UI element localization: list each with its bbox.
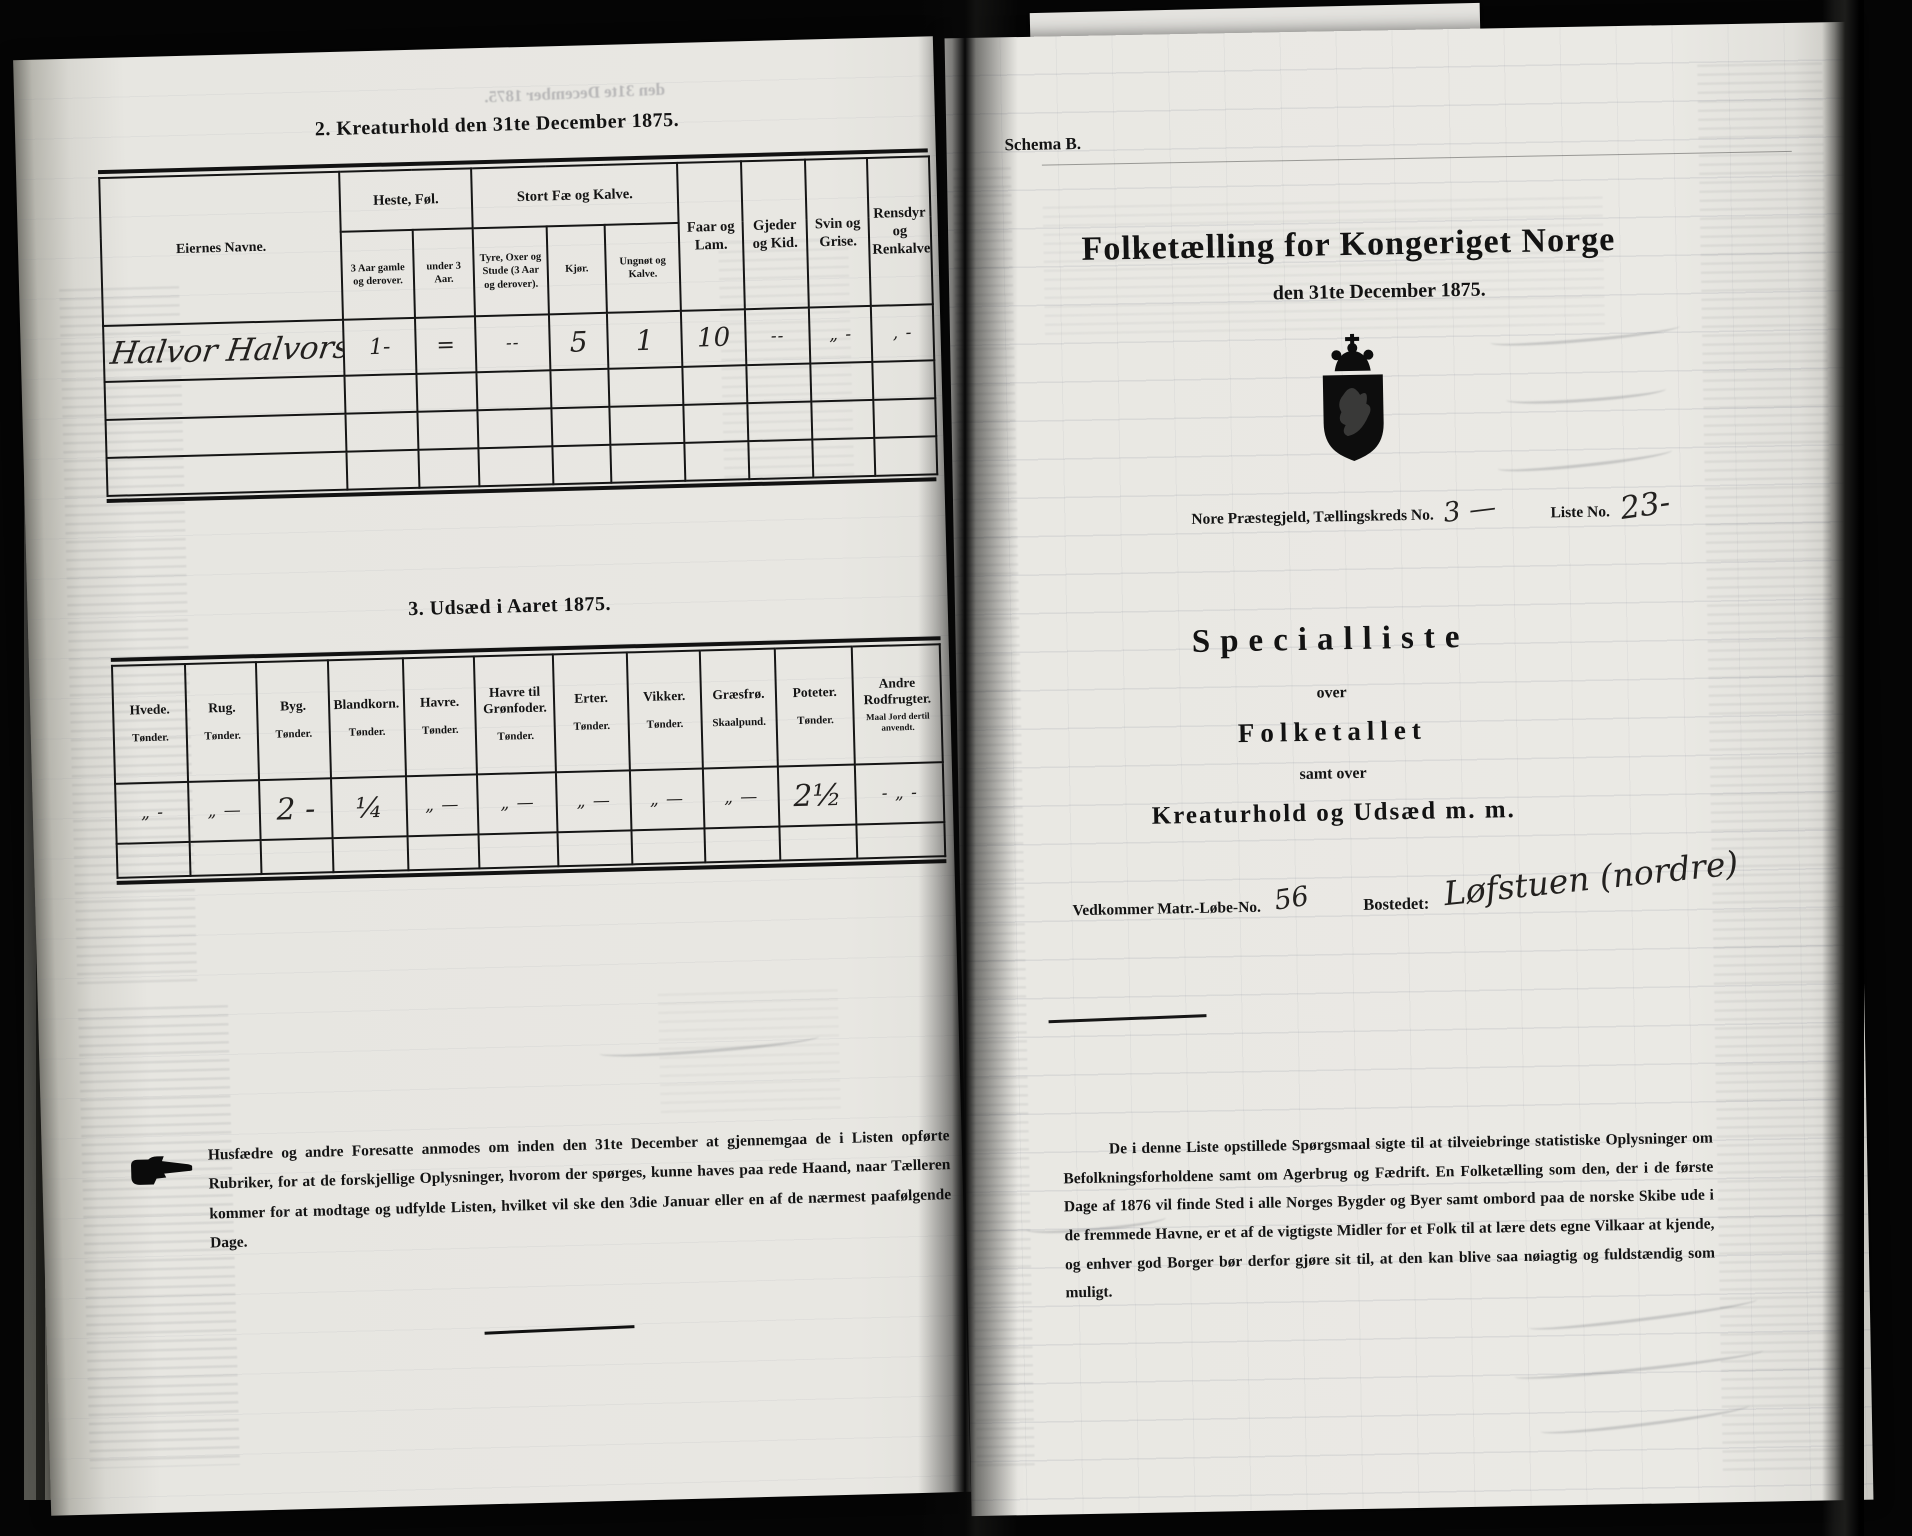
col-header-poteter: Poteter.Tønder. <box>775 647 855 767</box>
census-scan-page: { "scan": { "ghost_title_bleed": "den 31… <box>0 0 1912 1536</box>
cell-value: „ — <box>724 787 759 808</box>
cell-value: „ — <box>207 801 242 822</box>
district-prefix: Nore Præstegjeld, Tællingskreds No. <box>1191 507 1434 529</box>
crop-name: Erter. <box>557 690 625 708</box>
norway-coat-of-arms <box>1312 332 1394 470</box>
cell-value: „ — <box>425 795 460 816</box>
crop-unit: Tønder. <box>408 724 474 739</box>
crop-name: Havre. <box>407 694 473 712</box>
cell-value: , - <box>893 323 913 344</box>
col-header-vikker: Vikker.Tønder. <box>626 651 702 771</box>
cell-value: „ - <box>829 324 852 345</box>
col-header-byg: Byg.Tønder. <box>256 660 330 780</box>
cell-value: ¼ <box>355 790 383 824</box>
crop-unit: Tønder. <box>190 729 256 744</box>
left-page: den 31te December 1875. 2. Kreaturhold d… <box>13 36 971 1516</box>
crop-name: Vikker. <box>630 688 698 706</box>
cell-value: 1- <box>369 334 391 360</box>
col-header-eiernes-navne: Eiernes Navne. <box>99 172 343 326</box>
owner-name-handwritten: Halvor Halvorsen <box>108 329 344 372</box>
heading-folketallet: Folketallet <box>1032 711 1632 753</box>
crop-unit: Tønder. <box>558 720 626 736</box>
crop-name: Hvede. <box>116 701 184 719</box>
kreaturhold-title: 2. Kreaturhold den 31te December 1875. <box>147 104 847 145</box>
cell-value: „ — <box>650 789 685 810</box>
col-header-kjoer: Kjør. <box>547 225 607 314</box>
col-header-ungnoet: Ungnøt og Kalve. <box>605 223 681 313</box>
cell-value: „ - <box>141 803 164 824</box>
district-line: Nore Præstegjeld, Tællingskreds No. 3 — … <box>1191 487 1670 532</box>
heading-specialliste: Specialliste <box>1030 616 1631 664</box>
cell-value: 5 <box>569 325 588 358</box>
kreds-number-handwritten: 3 — <box>1442 492 1498 529</box>
crop-unit: Tønder. <box>261 728 327 743</box>
crop-unit: Tønder. <box>479 730 553 746</box>
cell-value: - „ - <box>882 783 919 804</box>
crop-unit: Tønder. <box>631 718 699 734</box>
col-header-tyre-oxer: Tyre, Oxer og Stude (3 Aar og derover). <box>473 226 549 316</box>
book-gutter-shadow <box>918 0 1018 1536</box>
left-footer-note: Husfædre og andre Foresatte anmodes om i… <box>129 1120 992 1260</box>
col-header-gjeder-og-kid: Gjeder og Kid. <box>741 160 809 310</box>
crop-name: Poteter. <box>779 684 851 702</box>
crop-unit: Tønder. <box>332 726 402 742</box>
right-page: Schema B. Folketælling for Kongeriget No… <box>945 22 1874 1516</box>
col-group-heste: Heste, Føl. <box>339 168 473 231</box>
liste-label: Liste No. <box>1550 503 1610 522</box>
col-header-3aar: 3 Aar gamle og derover. <box>341 230 415 320</box>
handwritten-stroke <box>485 1325 635 1335</box>
matr-label: Vedkommer Matr.-Løbe-No. <box>1072 899 1261 920</box>
heading-kreaturhold-udsaed: Kreaturhold og Udsæd m. m. <box>1034 794 1634 833</box>
udsaed-title: 3. Udsæd i Aaret 1875. <box>159 586 859 627</box>
bosted-value-handwritten: Løfstuen (nordre) <box>1442 843 1740 913</box>
ghost-title-bleed: den 31te December 1875. <box>484 80 666 108</box>
matr-number-handwritten: 56 <box>1273 881 1312 917</box>
matrikkel-line: Vedkommer Matr.-Løbe-No. 56 Bostedet: Lø… <box>1072 872 1739 923</box>
cell-value: 2 - <box>276 791 316 827</box>
liste-number-handwritten: 23- <box>1618 484 1672 527</box>
col-header-graesfroe: Græsfrø.Skaalpund. <box>700 649 778 769</box>
ghost-handwriting-stroke <box>1506 381 1667 407</box>
crop-name: Græsfrø. <box>704 686 774 704</box>
cell-value: 1 <box>635 323 654 356</box>
ghost-handwriting-stroke <box>1497 443 1673 476</box>
special-list-heading: Specialliste over Folketallet samt over … <box>1030 616 1634 833</box>
crop-name: Rug. <box>189 699 255 717</box>
ghost-handwriting-stroke <box>1540 1398 1750 1439</box>
separator-rule <box>1049 1014 1207 1023</box>
cell-value: = <box>436 332 455 357</box>
crop-name: Blandkorn. <box>332 695 402 713</box>
crop-unit: Tønder. <box>780 714 852 730</box>
heading-over: over <box>1031 679 1631 708</box>
udsaed-table: Hvede.Tønder. Rug.Tønder. Byg.Tønder. Bl… <box>111 636 947 885</box>
col-header-faar-og-lam: Faar og Lam. <box>677 161 745 311</box>
col-header-hvede: Hvede.Tønder. <box>112 664 188 784</box>
cell-value: 2½ <box>793 777 842 813</box>
col-header-havre-groenfoder: Havre til Grønfoder.Tønder. <box>474 654 556 774</box>
crop-unit: Skaalpund. <box>704 716 774 732</box>
heading-samt-over: samt over <box>1033 760 1633 789</box>
col-header-rug: Rug.Tønder. <box>185 662 259 782</box>
col-group-stort-fae: Stort Fæ og Kalve. <box>471 163 679 228</box>
col-header-under-3aar: under 3 Aar. <box>413 228 475 318</box>
crop-name: Havre til Grønfoder. <box>478 683 552 717</box>
crop-unit: Tønder. <box>117 731 185 747</box>
bosted-label: Bostedet: <box>1363 894 1429 915</box>
kreaturhold-table: Eiernes Navne. Heste, Føl. Stort Fæ og K… <box>98 148 936 503</box>
col-header-svin-og-grise: Svin og Grise. <box>805 158 871 308</box>
crop-name: Byg. <box>260 697 326 715</box>
instruction-paragraph: De i denne Liste opstillede Spørgsmaal s… <box>1063 1124 1716 1308</box>
col-header-erter: Erter.Tønder. <box>553 652 629 772</box>
ghost-form-rule <box>1042 151 1792 166</box>
right-page-edge <box>1822 0 1864 1536</box>
cell-value: -- <box>506 333 520 353</box>
col-header-blandkorn: Blandkorn.Tønder. <box>328 658 406 778</box>
cell-value: 10 <box>697 323 731 354</box>
cell-value: „ — <box>500 793 535 814</box>
col-header-havre: Havre.Tønder. <box>403 656 477 776</box>
cell-value: -- <box>771 326 785 346</box>
manicule-pointing-hand-icon <box>130 1155 193 1192</box>
footer-note-text: Husfædre og andre Foresatte anmodes om i… <box>207 1121 952 1258</box>
cell-value: „ — <box>576 791 611 812</box>
scanner-background: den 31te December 1875. 2. Kreaturhold d… <box>0 0 1912 1536</box>
